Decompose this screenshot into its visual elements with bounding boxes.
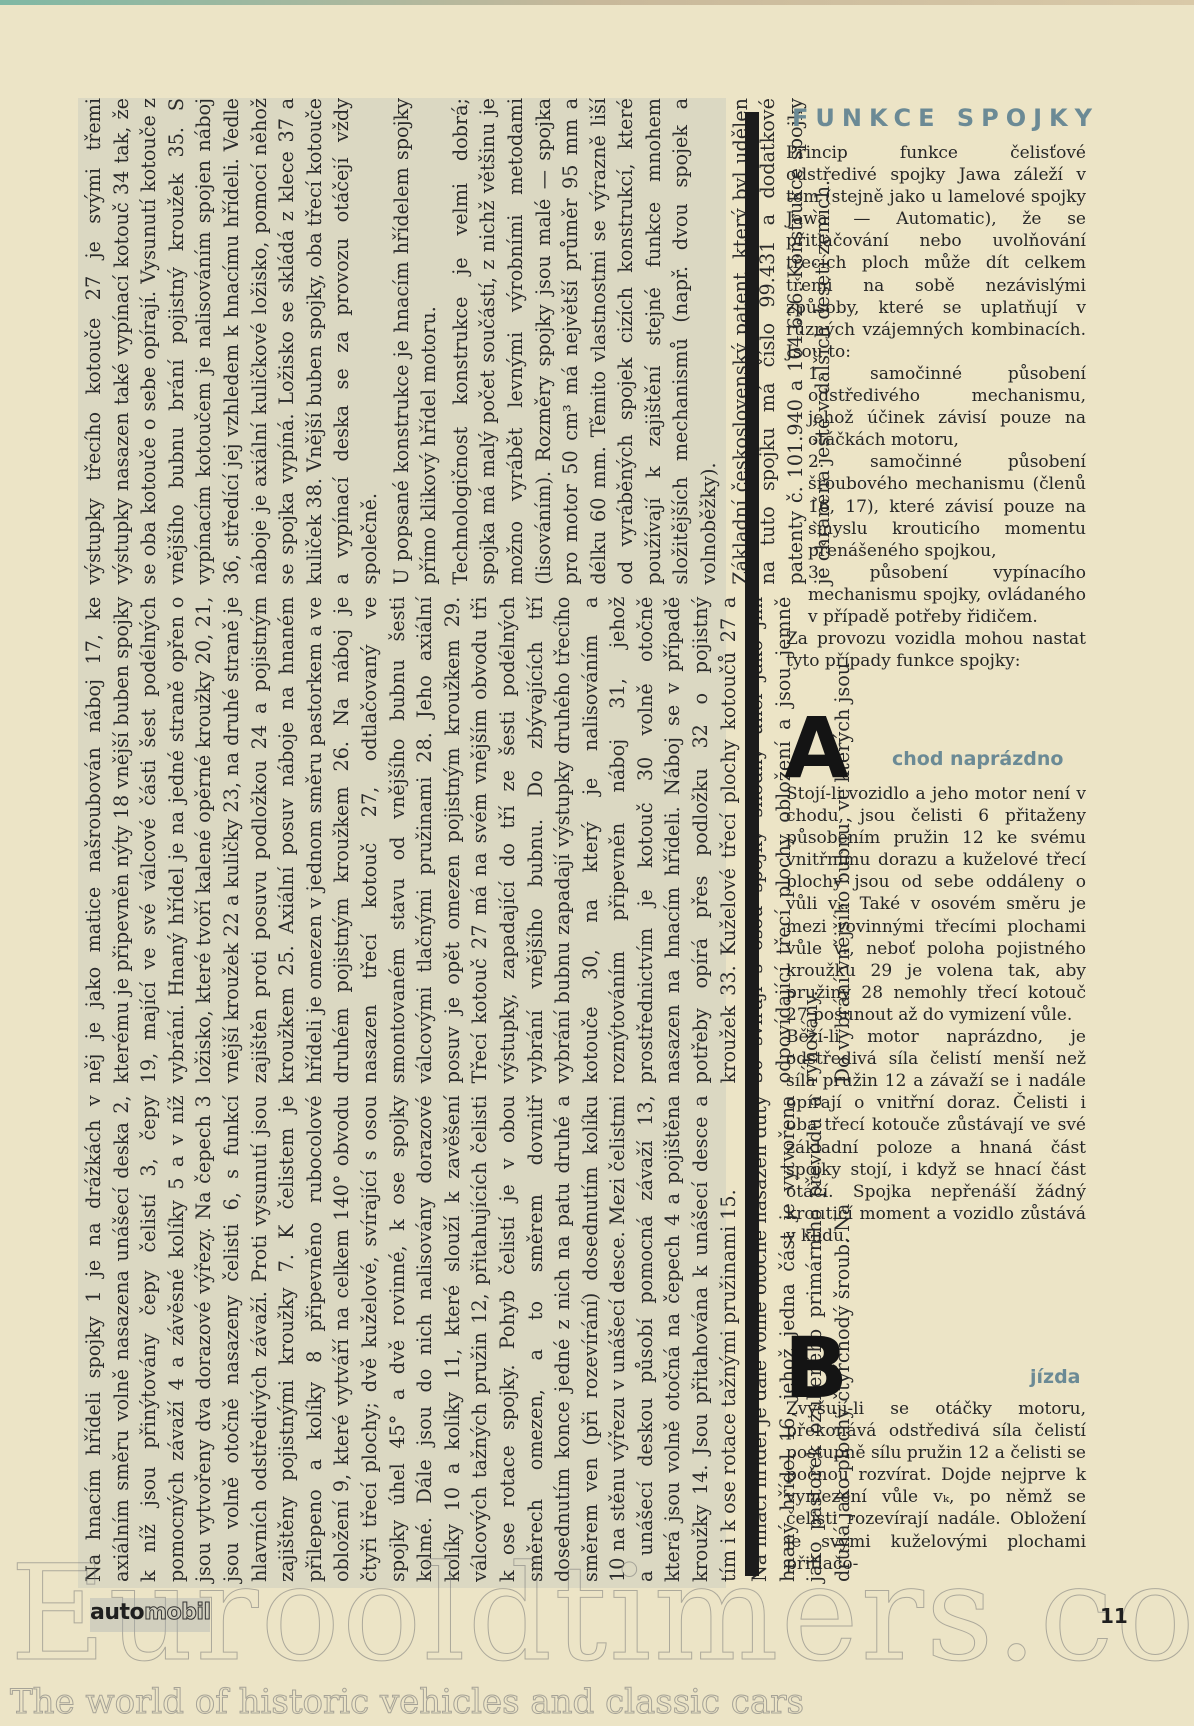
section-a-body: Stojí-li vozidlo a jeho motor není v cho… xyxy=(786,783,1086,1247)
section-b-body: Zvyšují-li se otáčky motoru, překonává o… xyxy=(786,1398,1086,1575)
paragraph: Technologičnost konstrukce je velmi dobr… xyxy=(447,98,723,585)
magazine-logo: automobil xyxy=(90,1600,211,1628)
rotated-article: Na hnacím hřídeli spojky 1 je na drážkác… xyxy=(80,98,720,1582)
logo-bold-part: auto xyxy=(90,1600,144,1625)
page-number: 11 xyxy=(1100,1604,1128,1628)
column-divider-bar xyxy=(745,112,759,1576)
article-column-2: něj je jako matice našroubován náboj 17,… xyxy=(80,597,720,1084)
paragraph: Stojí-li vozidlo a jeho motor není v cho… xyxy=(786,783,1086,1026)
paragraph: výstupky třecího kotouče 27 je svými tře… xyxy=(80,98,384,585)
lead-out-paragraph: Za provozu vozidla mohou nastat tyto pří… xyxy=(786,628,1086,672)
list-item: 1. samočinné působení odstředivého mecha… xyxy=(786,363,1086,451)
paragraph: Běží-li motor naprázdno, je odstředivá s… xyxy=(786,1026,1086,1247)
list-item: 2. samočinné působení šroubového mechani… xyxy=(786,451,1086,561)
logo-outline-part: mobil xyxy=(144,1600,210,1625)
paragraph: U popsané konstrukce je hnacím hřídelem … xyxy=(388,98,443,585)
section-title: FUNKCE SPOJKY xyxy=(792,104,1092,132)
paragraph: Zvyšují-li se otáčky motoru, překonává o… xyxy=(786,1398,1086,1575)
article-column-3: výstupky třecího kotouče 27 je svými tře… xyxy=(80,98,720,585)
watermark-tagline: The world of historic vehicles and class… xyxy=(10,1685,804,1719)
intro-block: Princip funkce čelisťové odstředivé spoj… xyxy=(786,142,1086,672)
article-column-1: Na hnacím hřídeli spojky 1 je na drážkác… xyxy=(80,1095,720,1582)
list-item: 3. působení vypínacího mechanismu spojky… xyxy=(786,562,1086,628)
section-heading-b: jízda xyxy=(1030,1366,1081,1388)
intro-paragraph: Princip funkce čelisťové odstředivé spoj… xyxy=(786,142,1086,363)
paragraph: něj je jako matice našroubován náboj 17,… xyxy=(80,597,825,1084)
section-heading-a: chod naprázdno xyxy=(892,748,1063,770)
top-edge-strip xyxy=(0,0,1194,5)
paragraph: Na hnacím hřídeli spojky 1 je na drážkác… xyxy=(80,1095,742,1582)
section-letter-a: A xyxy=(784,706,849,790)
